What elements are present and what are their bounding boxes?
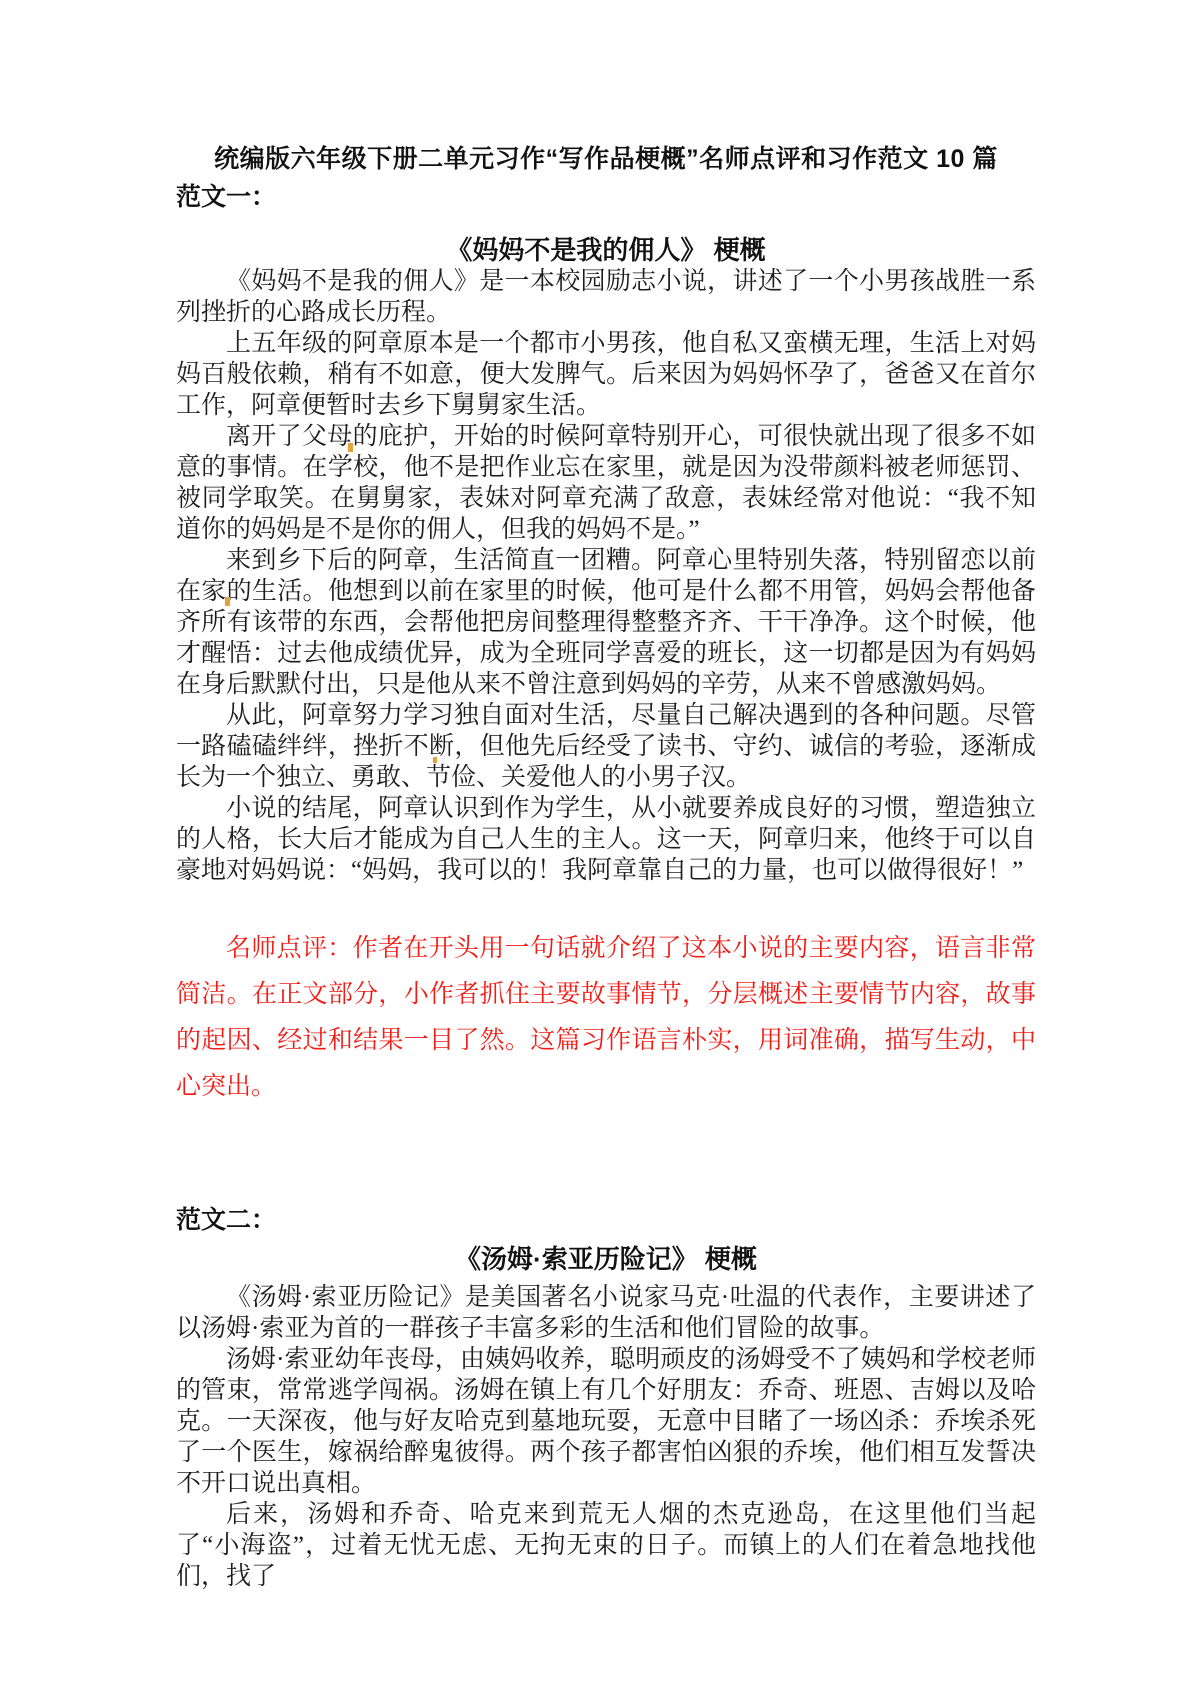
scan-artifact-mark: [433, 757, 437, 763]
scan-artifact-mark: [225, 597, 230, 606]
essay-2-paragraph: 《汤姆·索亚历险记》是美国著名小说家马克·吐温的代表作，主要讲述了以汤姆·索亚为…: [176, 1282, 1036, 1344]
essay-1-paragraph: 小说的结尾，阿章认识到作为学生，从小就要养成良好的习惯，塑造独立的人格，长大后才…: [176, 793, 1036, 886]
document-page: 统编版六年级下册二单元习作“写作品梗概”名师点评和习作范文 10 篇 范文一： …: [0, 0, 1191, 1684]
essay-1-paragraph: 《妈妈不是我的佣人》是一本校园励志小说，讲述了一个小男孩战胜一系列挫折的心路成长…: [176, 266, 1036, 328]
essay-1-paragraph: 离开了父母的庇护，开始的时候阿章特别开心，可很快就出现了很多不如意的事情。在学校…: [176, 421, 1036, 545]
essay-1-paragraph: 来到乡下后的阿章，生活简直一团糟。阿章心里特别失落，特别留恋以前在家的生活。他想…: [176, 545, 1036, 700]
teacher-comment: 名师点评：作者在开头用一句话就介绍了这本小说的主要内容，语言非常简洁。在正文部分…: [176, 926, 1036, 1110]
essay-1-heading: 《妈妈不是我的佣人》 梗概: [176, 235, 1036, 266]
essay-1-paragraph: 上五年级的阿章原本是一个都市小男孩，他自私又蛮横无理，生活上对妈妈百般依赖，稍有…: [176, 328, 1036, 421]
essay-1-paragraph: 从此，阿章努力学习独自面对生活，尽量自己解决遇到的各种问题。尽管一路磕磕绊绊，挫…: [176, 700, 1036, 793]
document-title: 统编版六年级下册二单元习作“写作品梗概”名师点评和习作范文 10 篇: [176, 146, 1036, 172]
essay-2-paragraph: 汤姆·索亚幼年丧母，由姨妈收养，聪明顽皮的汤姆受不了姨妈和学校老师的管束，常常逃…: [176, 1344, 1036, 1499]
sample-2-label: 范文二：: [176, 1205, 1036, 1236]
sample-1-label: 范文一：: [176, 182, 1036, 213]
essay-2-paragraph: 后来，汤姆和乔奇、哈克来到荒无人烟的杰克逊岛，在这里他们当起了“小海盗”，过着无…: [176, 1499, 1036, 1592]
scan-artifact-mark: [348, 443, 353, 452]
essay-2-heading: 《汤姆·索亚历险记》 梗概: [176, 1244, 1036, 1275]
